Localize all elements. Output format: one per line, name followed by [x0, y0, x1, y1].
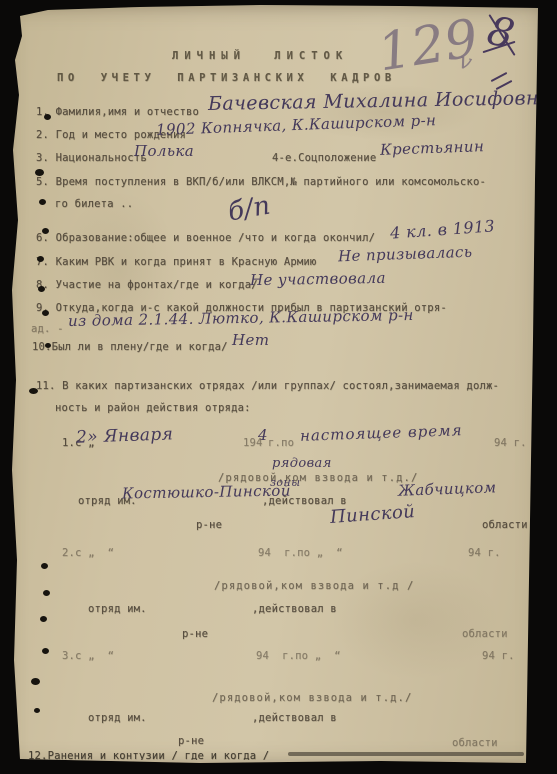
entry1-zone-handwritten: зоны: [270, 476, 300, 489]
entry1-to-label: г.по: [268, 437, 294, 449]
entry1-role-handwritten: рядовая: [272, 456, 332, 471]
field-nationality-answer: Полька: [134, 142, 194, 160]
punch-hole: [43, 590, 50, 596]
field-nationality-label: 3. Национальность: [36, 152, 147, 164]
field-education-label: 6. Образование:общее и военное /что и ко…: [36, 232, 375, 244]
entry3-unit-label: отряд им.: [88, 712, 147, 724]
field-party-answer: б/п: [226, 191, 273, 228]
ink-smear: [288, 752, 524, 756]
punch-hole: [45, 343, 51, 348]
punch-hole: [34, 708, 40, 713]
field-fronts-answer: Не участвовала: [250, 269, 386, 289]
form-title-line2: ПО УЧЕТУ ПАРТИЗАНСКИХ КАДРОВ: [57, 72, 396, 84]
punch-hole: [29, 388, 38, 394]
entry2-district-label: р-не: [182, 628, 208, 640]
punch-hole: [42, 310, 49, 316]
entry1-from-date-handwritten: 2» Января: [76, 424, 174, 447]
field-party-label-line2: го билета ..: [55, 198, 133, 210]
field-units-label-line2: ность и район действия отряда:: [55, 402, 251, 414]
entry2-period-prefix: 2.с „ “: [62, 547, 114, 559]
document-scan: ЛИЧНЫЙ ЛИСТОК ПО УЧЕТУ ПАРТИЗАНСКИХ КАДР…: [0, 0, 557, 774]
field-fronts-label: 8. Участие на фронтах/где и когда/: [36, 279, 258, 291]
punch-hole: [31, 678, 40, 685]
entry3-year2: 94 г.: [482, 650, 515, 662]
entry3-role-hint: /рядовой,ком взвода и т.д./: [212, 692, 412, 704]
strike-line: [491, 72, 508, 82]
entry2-year2: 94 г.: [468, 547, 501, 559]
entry2-operated-label: ,действовал в: [252, 603, 337, 615]
field-army-answer: Не призывалась: [338, 243, 473, 266]
field-army-label: 7. Каким РВК и когда принят в Красную Ар…: [36, 256, 316, 268]
field-arrival-label-wrap: ад. -: [31, 323, 64, 335]
entry1-district-label: р-не: [196, 519, 222, 531]
entry3-operated-label: ,действовал в: [252, 712, 337, 724]
punch-hole: [42, 648, 49, 654]
entry1-operated-label: ,действовал в: [262, 495, 347, 507]
entry3-period-mid: 94 г.по „ “: [256, 650, 341, 662]
entry1-year1-handwritten: 4: [258, 426, 268, 444]
punch-hole: [42, 228, 49, 234]
field-name-label: 1. Фамилия,имя и отчество: [36, 106, 199, 118]
punch-hole: [41, 563, 48, 569]
entry1-year2: 94 г.: [494, 437, 527, 449]
entry1-to-date-handwritten: настоящее время: [300, 421, 463, 445]
field-name-answer: Бачевская Михалина Иосифовна: [208, 87, 551, 115]
form-title-line1: ЛИЧНЫЙ ЛИСТОК: [172, 50, 348, 62]
entry2-period-mid: 94 г.по „ “: [258, 547, 343, 559]
punch-hole: [35, 169, 44, 176]
field-social-answer: Крестьянин: [380, 137, 485, 159]
entry1-oblast-handwritten: Пинской: [329, 501, 415, 528]
punch-hole: [38, 286, 45, 292]
paper-sheet: ЛИЧНЫЙ ЛИСТОК ПО УЧЕТУ ПАРТИЗАНСКИХ КАДР…: [0, 0, 557, 774]
field-captivity-label: 10.Был ли в плену/где и когда/: [32, 341, 228, 353]
entry3-oblast-label: области: [452, 737, 498, 749]
entry3-district-label: р-не: [178, 735, 204, 747]
punch-hole: [39, 199, 46, 205]
field-units-label-line1: 11. В каких партизанских отрядах /или гр…: [36, 380, 499, 392]
punch-hole: [44, 114, 51, 120]
entry2-oblast-label: области: [462, 628, 508, 640]
field-social-label: 4-е.Соцположение: [272, 152, 376, 164]
punch-hole: [37, 256, 44, 262]
field-party-label-line1: 5. Время поступления в ВКП/б/или ВЛКСМ,№…: [36, 176, 486, 188]
entry1-oblast-label: области: [482, 519, 528, 531]
field-captivity-answer: Нет: [232, 331, 269, 349]
field-education-answer: 4 кл. в 1913: [389, 216, 495, 242]
entry2-role-hint: /рядовой,ком взвода и т.д /: [214, 580, 414, 592]
punch-hole: [40, 616, 47, 622]
paper-stain: [330, 560, 500, 680]
entry3-period-prefix: 3.с „ “: [62, 650, 114, 662]
entry2-unit-label: отряд им.: [88, 603, 147, 615]
entry1-district-handwritten: Жабчицком: [398, 478, 497, 499]
